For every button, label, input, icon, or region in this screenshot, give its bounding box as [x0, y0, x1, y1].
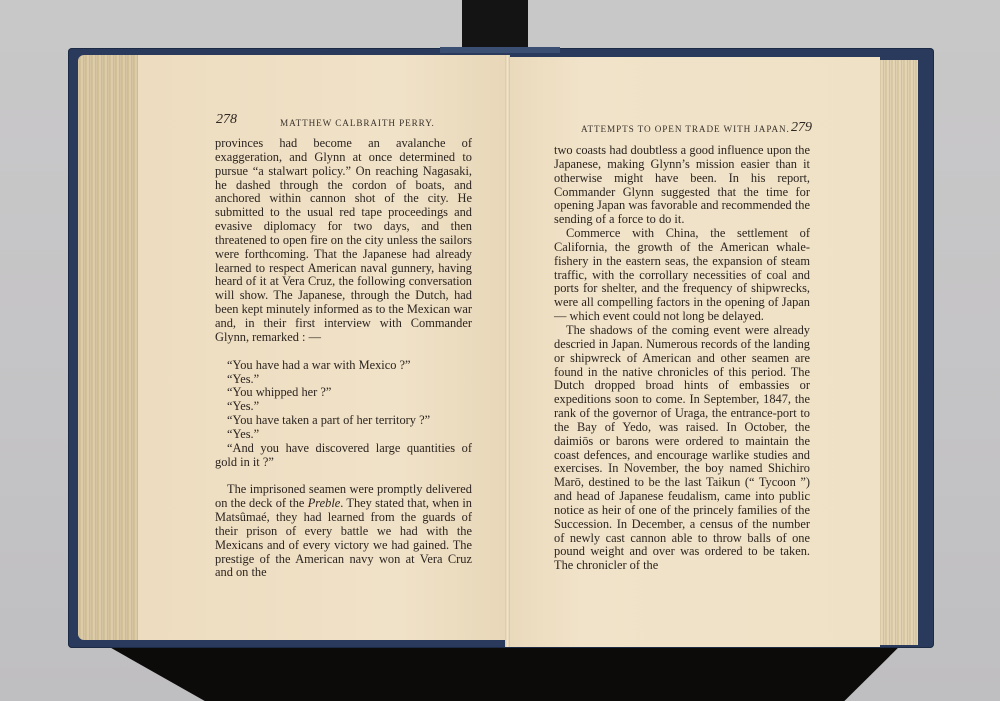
right-page-body: two coasts had doubtless a good influenc…	[554, 144, 810, 573]
ship-name-italic: Preble	[308, 496, 341, 510]
book-spine-top	[440, 47, 560, 53]
dialogue-line: “You have had a war with Mexico ?”	[215, 359, 472, 373]
left-paragraph-2: The imprisoned seamen were promptly deli…	[215, 483, 472, 580]
left-paragraph-1: provinces had become an avalanche of exa…	[215, 137, 472, 345]
left-running-head: MATTHEW CALBRAITH PERRY.	[280, 118, 435, 128]
book-gutter	[505, 55, 510, 647]
right-paragraph-2: Commerce with China, the settlement of C…	[554, 227, 810, 324]
dialogue-line: “Yes.”	[215, 428, 472, 442]
page-edges-right	[878, 60, 918, 645]
bookmark-ribbon	[462, 0, 528, 52]
dialogue-line: “And you have discovered large quantitie…	[215, 442, 472, 470]
dialogue-line: “You have taken a part of her territory …	[215, 414, 472, 428]
dialogue-block: “You have had a war with Mexico ?” “Yes.…	[215, 359, 472, 470]
dialogue-line: “You whipped her ?”	[215, 386, 472, 400]
dialogue-line: “Yes.”	[215, 400, 472, 414]
right-page-number: 279	[791, 120, 812, 136]
left-page-number: 278	[216, 112, 237, 128]
right-paragraph-3: The shadows of the coming event were alr…	[554, 324, 810, 573]
left-page-body: provinces had become an avalanche of exa…	[215, 137, 472, 580]
right-paragraph-1: two coasts had doubtless a good influenc…	[554, 144, 810, 227]
right-running-head: ATTEMPTS TO OPEN TRADE WITH JAPAN.	[581, 124, 790, 134]
page-edges-left	[78, 55, 140, 640]
dialogue-line: “Yes.”	[215, 373, 472, 387]
